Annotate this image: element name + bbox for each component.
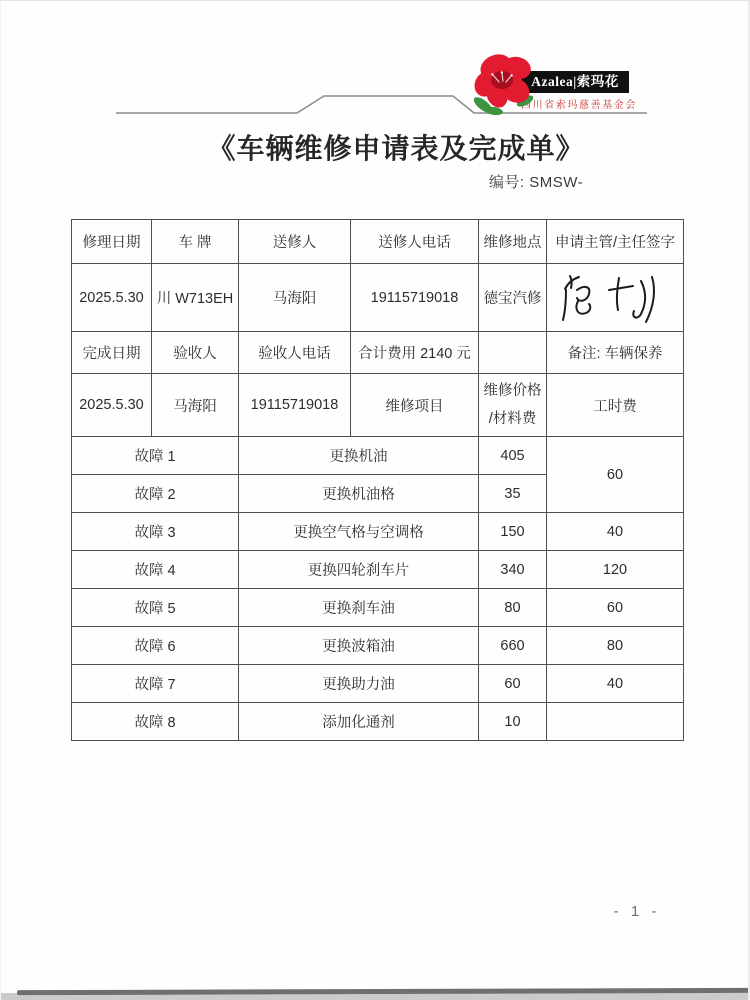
- fault-price-cell: 10: [479, 703, 547, 741]
- total-cost-cell: 合计费用 2140 元: [351, 332, 479, 374]
- sender-phone-header: 送修人电话: [351, 220, 479, 264]
- repair-date-header: 修理日期: [72, 220, 152, 264]
- fault-price-cell: 35: [479, 475, 547, 513]
- finish-date-value: 2025.5.30: [72, 374, 152, 437]
- fault-price-cell: 150: [479, 513, 547, 551]
- fault-item-cell: 更换四轮刹车片: [239, 551, 479, 589]
- fault-row: 故障 8 添加化通剂 10: [72, 703, 684, 741]
- location-value: 德宝汽修: [479, 264, 547, 332]
- sender-header: 送修人: [239, 220, 351, 264]
- location-header: 维修地点: [479, 220, 547, 264]
- supervisor-signature-header: 申请主管/主任签字: [547, 220, 684, 264]
- fault-item-cell: 添加化通剂: [239, 703, 479, 741]
- fault-item-cell: 更换机油格: [239, 475, 479, 513]
- fault-label-cell: 故障 5: [72, 589, 239, 627]
- page-number: - 1 -: [597, 903, 677, 920]
- fault-label-cell: 故障 3: [72, 513, 239, 551]
- fault-label-cell: 故障 1: [72, 437, 239, 475]
- completion-header-row: 完成日期 验收人 验收人电话 合计费用 2140 元 备注: 车辆保养: [72, 332, 684, 374]
- labor-column-header: 工时费: [547, 374, 684, 437]
- fault-row: 故障 4 更换四轮刹车片 340 120: [72, 551, 684, 589]
- fault-labor-cell: [547, 703, 684, 741]
- fault-item-cell: 更换空气格与空调格: [239, 513, 479, 551]
- fault-row: 故障 3 更换空气格与空调格 150 40: [72, 513, 684, 551]
- fault-price-cell: 80: [479, 589, 547, 627]
- completion-data-row: 2025.5.30 马海阳 19115719018 维修项目 维修价格 /材料费…: [72, 374, 684, 437]
- remark-cell: 备注: 车辆保养: [547, 332, 684, 374]
- fault-item-cell: 更换波箱油: [239, 627, 479, 665]
- fault-price-cell: 60: [479, 665, 547, 703]
- fault-label-cell: 故障 2: [72, 475, 239, 513]
- item-column-header: 维修项目: [351, 374, 479, 437]
- fault-item-cell: 更换机油: [239, 437, 479, 475]
- inspector-phone-value: 19115719018: [239, 374, 351, 437]
- fault-row: 故障 5 更换刹车油 80 60: [72, 589, 684, 627]
- fault-labor-cell: 60: [547, 437, 684, 513]
- foundation-logo: Azalea|索玛花 四川省索玛慈善基金会: [469, 51, 655, 119]
- scanned-document-page: Azalea|索玛花 四川省索玛慈善基金会 《车: [0, 0, 750, 1000]
- price-header-line2: /材料费: [481, 405, 544, 433]
- request-data-row: 2025.5.30 川 W713EH 马海阳 19115719018 德宝汽修: [72, 264, 684, 332]
- fault-labor-cell: 40: [547, 665, 684, 703]
- fault-labor-cell: 60: [547, 589, 684, 627]
- sender-value: 马海阳: [239, 264, 351, 332]
- doc-number-label: 编号: SMSW-: [431, 171, 641, 192]
- fault-price-cell: 660: [479, 627, 547, 665]
- fault-labor-cell: 40: [547, 513, 684, 551]
- fault-item-cell: 更换助力油: [239, 665, 479, 703]
- fault-label-cell: 故障 4: [72, 551, 239, 589]
- fault-item-cell: 更换刹车油: [239, 589, 479, 627]
- repair-form-table: 修理日期 车 牌 送修人 送修人电话 维修地点 申请主管/主任签字 2025.5…: [71, 219, 684, 741]
- plate-value: 川 W713EH: [152, 264, 239, 332]
- inspector-value: 马海阳: [152, 374, 239, 437]
- finish-date-header: 完成日期: [72, 332, 152, 374]
- fault-label-cell: 故障 6: [72, 627, 239, 665]
- azalea-flower-icon: [469, 51, 551, 117]
- sender-phone-value: 19115719018: [351, 264, 479, 332]
- price-header-line1: 维修价格: [481, 377, 544, 405]
- plate-header: 车 牌: [152, 220, 239, 264]
- inspector-phone-header: 验收人电话: [239, 332, 351, 374]
- fault-labor-cell: 80: [547, 627, 684, 665]
- handwritten-signature: [553, 268, 677, 328]
- request-header-row: 修理日期 车 牌 送修人 送修人电话 维修地点 申请主管/主任签字: [72, 220, 684, 264]
- repair-date-value: 2025.5.30: [72, 264, 152, 332]
- fault-label-cell: 故障 8: [72, 703, 239, 741]
- fault-price-cell: 340: [479, 551, 547, 589]
- inspector-header: 验收人: [152, 332, 239, 374]
- fault-label-cell: 故障 7: [72, 665, 239, 703]
- empty-spacer-cell: [479, 332, 547, 374]
- fault-labor-cell: 120: [547, 551, 684, 589]
- fault-row: 故障 1 更换机油 405 60: [72, 437, 684, 475]
- signature-cell: [547, 264, 684, 332]
- fault-price-cell: 405: [479, 437, 547, 475]
- price-column-header: 维修价格 /材料费: [479, 374, 547, 437]
- fault-row: 故障 6 更换波箱油 660 80: [72, 627, 684, 665]
- page-title: 《车辆维修申请表及完成单》: [41, 127, 750, 167]
- fault-row: 故障 7 更换助力油 60 40: [72, 665, 684, 703]
